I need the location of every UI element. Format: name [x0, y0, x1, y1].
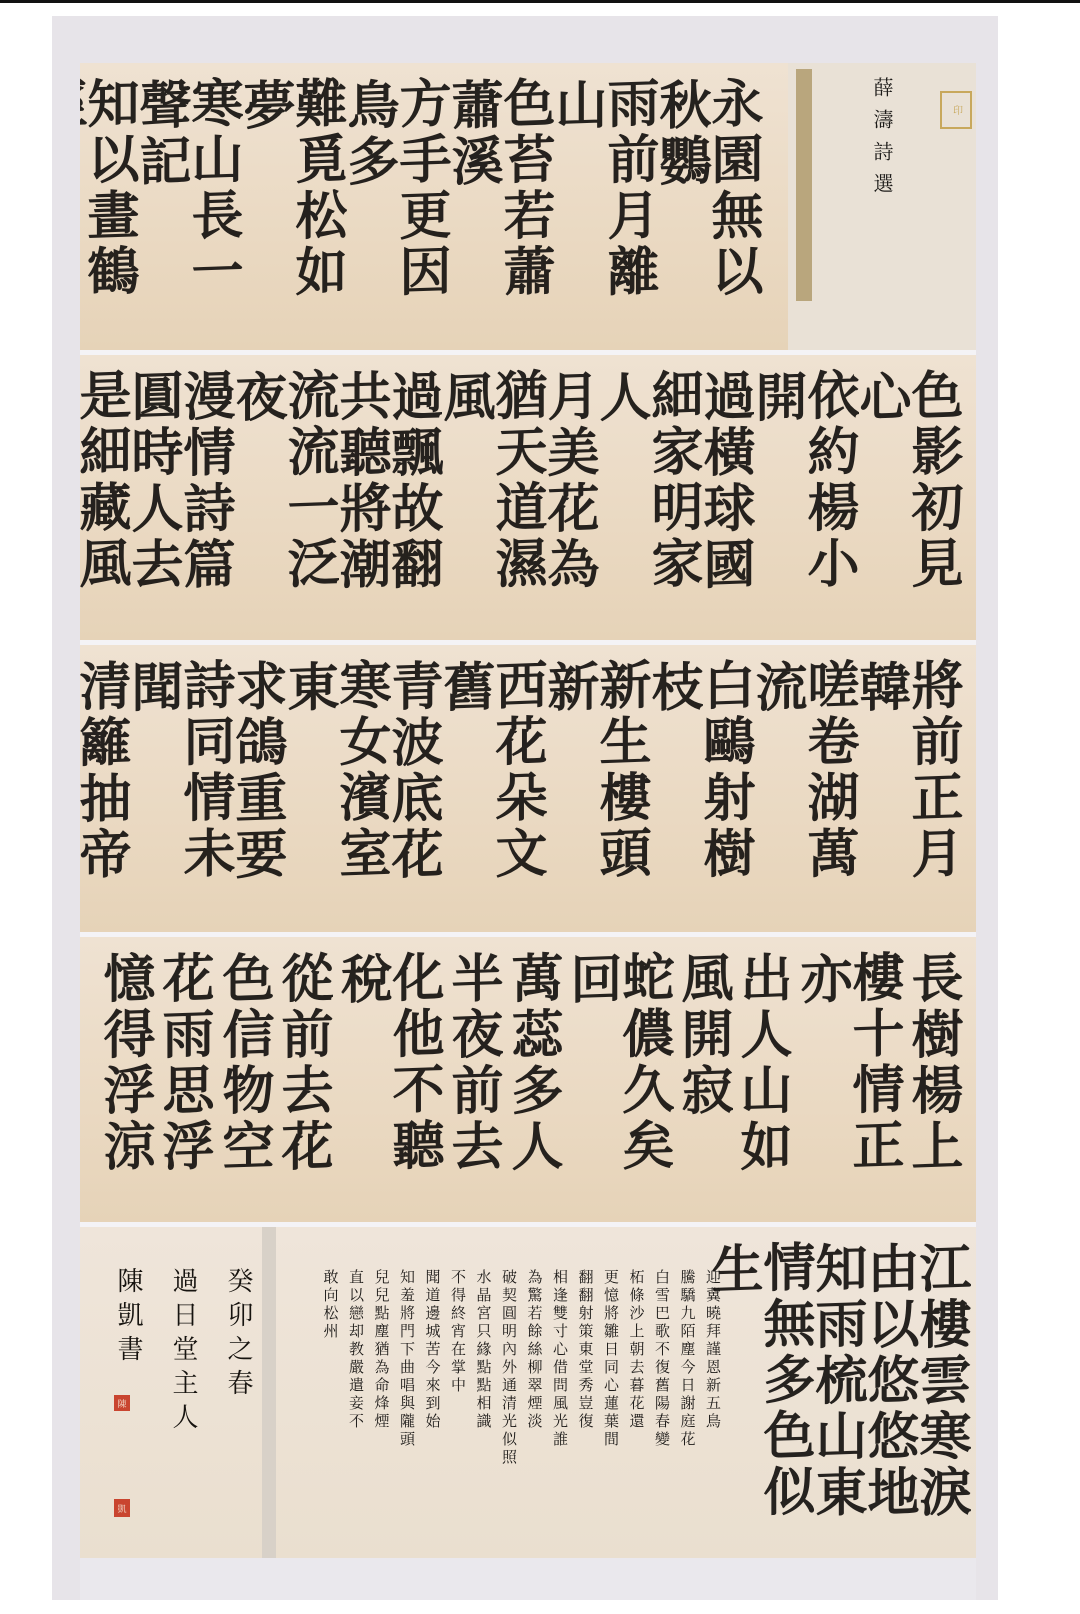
- calligraphy-column: 出人山如: [735, 950, 787, 1209]
- calligraphy-column: 知雨梳山東: [810, 1240, 862, 1545]
- calligraphy-column: 寒山長一聲記: [134, 75, 238, 338]
- calligraphy-column: 花雨思浮: [157, 950, 209, 1209]
- title-mount-bar: [796, 69, 812, 301]
- calligraphy-column: 化他不聽稅: [335, 949, 439, 1210]
- small-script-column: 柘條沙上朝去暮花還: [626, 1269, 646, 1467]
- calligraphy-column: 由以悠悠地: [862, 1240, 914, 1545]
- calligraphy-column: 萬蕊多人: [506, 950, 558, 1209]
- calligraphy-column: 過橫球國: [698, 368, 750, 627]
- calligraphy-column: 雨前月離山: [550, 75, 654, 338]
- calligraphy-column: 新生樓頭新: [542, 657, 646, 920]
- calligraphy-column: 寒女濱室東: [282, 657, 386, 920]
- calligraphy-column: 風開寂: [676, 950, 728, 1209]
- calligraphy-column: 長樹楊上: [906, 950, 958, 1209]
- scroll-strip-5: 癸卯之春 過日堂主人 陳凱書 陳 凱 迎冀曉拜謹恩新五鳥 騰驕九陌塵今日謝庭花 …: [80, 1227, 976, 1558]
- small-script-column: 更憶將雛日同心蓮葉間: [601, 1269, 621, 1467]
- calligraphy-column: 詩同情未聞: [126, 657, 230, 920]
- calligraphy-column: 色信物空: [217, 950, 269, 1209]
- small-script-column: 翻翻射策東堂秀豈復: [575, 1269, 595, 1467]
- calligraphy-column: 嗟卷湖萬流: [750, 657, 854, 920]
- calligraphy-column: 青波底花: [386, 658, 438, 919]
- calligraphy-column: 難覓松如夢: [238, 75, 342, 338]
- inscription-column: 癸卯之春: [220, 1267, 257, 1437]
- calligraphy-column: 白鷗射樹枝: [646, 657, 750, 920]
- calligraphy-column: 樓十情正亦: [795, 949, 899, 1210]
- scroll-strip-2: 色影初見心 依約楊小開 過橫球國 細家明家人 月美花為 猶天道濕風 過飄故翻 共…: [80, 355, 976, 640]
- calligraphy-column: 過飄故翻: [386, 368, 438, 627]
- calligraphy-column: 依約楊小開: [750, 367, 854, 628]
- calligraphy-column: 漫情詩篇: [178, 368, 230, 627]
- artist-seal-icon: 陳: [114, 1395, 130, 1411]
- calligraphy-column: 江樓雲寒淚: [914, 1240, 966, 1545]
- calligraphy-column: 圓時人去: [126, 368, 178, 627]
- small-script-column: 直以戀却教嚴遣妾不: [346, 1269, 366, 1467]
- calligraphy-column: 永園無以秋鸚: [654, 75, 758, 338]
- calligraphy-column: 月美花為: [542, 368, 594, 627]
- small-script-column: 相逢雙寸心借問風光誰: [550, 1269, 570, 1467]
- calligraphy-column: 知以畫鶴經: [80, 75, 134, 338]
- scroll-title: 薛濤詩選: [868, 77, 897, 205]
- artist-seal-icon: 凱: [114, 1499, 130, 1517]
- calligraphy-column: 西花朵文舊: [438, 657, 542, 920]
- calligraphy-column: 情無多色似生: [706, 1239, 810, 1546]
- small-script-column: 白雪巴歌不復舊陽春變: [652, 1269, 672, 1467]
- calligraphy-column: 色影初見心: [854, 367, 958, 628]
- small-script-column: 敢向松州: [320, 1269, 340, 1467]
- calligraphy-column: 流流一泛夜: [230, 367, 334, 628]
- scroll-strip-3: 將前正月韓 嗟卷湖萬流 白鷗射樹枝 新生樓頭新 西花朵文舊 青波底花 寒女濱室東…: [80, 645, 976, 932]
- calligraphy-column: 求鴿重要: [230, 658, 282, 919]
- calligraphy-column: 將前正月韓: [854, 657, 958, 920]
- calligraphy-column: 清籬抽帝: [80, 658, 126, 919]
- calligraphy-column: 半夜前去: [446, 950, 498, 1209]
- calligraphy-column: 方手更因鳥多: [342, 75, 446, 338]
- bottom-page-margin: [80, 1558, 976, 1600]
- scroll-strip-1: 薛濤詩選 印 永園無以秋鸚 雨前月離山 色苔若蕭蕭溪 方手更因鳥多 難覓松如夢 …: [80, 63, 976, 350]
- calligraphy-column: 蛇儂久矣回: [565, 949, 669, 1210]
- calligraphy-columns: 長樹楊上 樓十情正亦 出人山如 風開寂 蛇儂久矣回 萬蕊多人 半夜前去 化他不聽…: [80, 937, 976, 1222]
- inscription-column: 過日堂主人: [165, 1267, 202, 1437]
- calligraphy-column: 猶天道濕風: [438, 367, 542, 628]
- small-script-column: 不得終宵在掌中: [448, 1269, 468, 1467]
- mounting-seam: [262, 1227, 276, 1558]
- top-border-line: [0, 0, 1080, 3]
- calligraphy-column: 細家明家人: [594, 367, 698, 628]
- calligraphy-column: 是細藏風光: [80, 367, 126, 628]
- collector-seal-icon: 印: [940, 91, 972, 129]
- colophon-inscription: 癸卯之春 過日堂主人 陳凱書: [110, 1267, 257, 1437]
- calligraphy-columns: 將前正月韓 嗟卷湖萬流 白鷗射樹枝 新生樓頭新 西花朵文舊 青波底花 寒女濱室東…: [80, 645, 976, 932]
- calligraphy-columns: 永園無以秋鸚 雨前月離山 色苔若蕭蕭溪 方手更因鳥多 難覓松如夢 寒山長一聲記 …: [80, 63, 776, 350]
- small-script-column: 為驚若餘絲柳翠煙淡: [524, 1269, 544, 1467]
- scroll-strip-4: 長樹楊上 樓十情正亦 出人山如 風開寂 蛇儂久矣回 萬蕊多人 半夜前去 化他不聽…: [80, 937, 976, 1222]
- calligraphy-column: 共聽將潮: [334, 368, 386, 627]
- small-script-column: 騰驕九陌塵今日謝庭花: [677, 1269, 697, 1467]
- calligraphy-column: 色苔若蕭蕭溪: [446, 75, 550, 338]
- small-script-column: 水晶宮只緣點點相識: [473, 1269, 493, 1467]
- small-script-column: 兒兒點塵猶為命烽煙: [371, 1269, 391, 1467]
- small-script-column: 聞道邊城苦今來到始: [422, 1269, 442, 1467]
- calligraphy-columns: 江樓雲寒淚 由以悠悠地 知雨梳山東 情無多色似生: [740, 1227, 976, 1558]
- calligraphy-column: 憶得浮涼: [98, 950, 150, 1209]
- small-script-poem: 迎冀曉拜謹恩新五鳥 騰驕九陌塵今日謝庭花 白雪巴歌不復舊陽春變 柘條沙上朝去暮花…: [320, 1269, 722, 1467]
- title-panel: 薛濤詩選 印: [788, 63, 976, 350]
- calligraphy-columns: 色影初見心 依約楊小開 過橫球國 細家明家人 月美花為 猶天道濕風 過飄故翻 共…: [80, 355, 976, 640]
- small-script-column: 知羞將門下曲唱與隴頭: [397, 1269, 417, 1467]
- calligraphy-column: 從前去花: [276, 950, 328, 1209]
- small-script-column: 破契圓明內外通清光似照: [499, 1269, 519, 1467]
- inscription-column: 陳凱書: [110, 1267, 147, 1437]
